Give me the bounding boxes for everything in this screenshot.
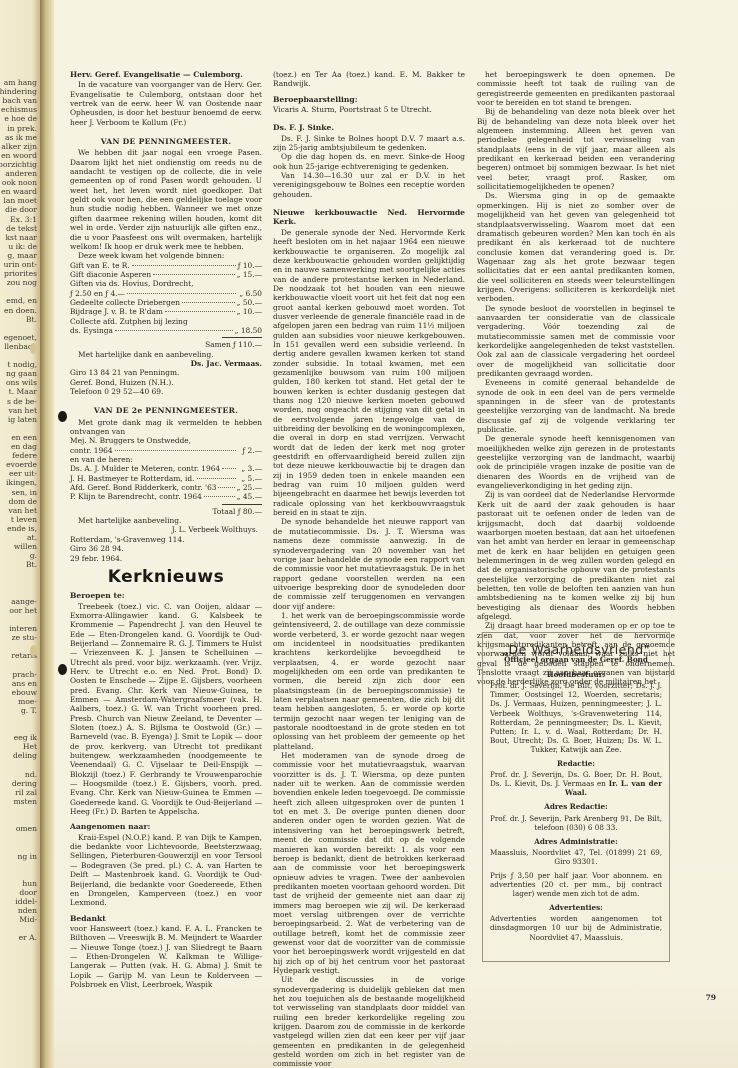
receipt-amount: „ 45.— <box>237 492 262 501</box>
leader-dots <box>153 274 235 275</box>
binding-gutter <box>40 0 54 1068</box>
leader-dots <box>182 302 235 303</box>
paragraph: Uit de discussies in de vorige synodever… <box>273 975 465 1068</box>
previous-page-text-fragment: lan moet <box>3 196 37 205</box>
previous-page-text-fragment: as ik me <box>5 133 37 142</box>
previous-page-text-fragment: e hoe de <box>4 114 37 123</box>
previous-page-text-fragment: kst naar <box>5 233 37 242</box>
receipt-amount: „ 3.— <box>238 464 262 473</box>
previous-page-text-fragment: interen <box>9 624 37 633</box>
previous-page-text-fragment: Mid- <box>19 915 37 924</box>
previous-page-text-fragment: eer uit- <box>9 469 37 478</box>
heading-beroepen: Beroepen te: <box>70 591 262 600</box>
receipt-row: Collecte afd. Zutphen bij lezing <box>70 317 262 326</box>
beroepen-text: Treebeek (toez.) vic. C. van Ooijen, ald… <box>70 602 262 817</box>
receipt-row: Gift van E. te R.ƒ 10.— <box>70 261 262 270</box>
previous-page-text-fragment: nd. <box>25 770 37 779</box>
receipt-label: ds. Eysinga <box>70 326 113 335</box>
leader-dots <box>115 450 236 451</box>
article-kerkbouwactie: De generale synode der Ned. Hervormde Ke… <box>273 228 465 1068</box>
receipt-amount: ƒ 10.— <box>238 261 262 270</box>
leader-dots <box>218 487 234 488</box>
previous-page-text-fragment: s de be- <box>7 397 37 406</box>
receipt-row: en van de heren: <box>70 455 262 464</box>
receipt-amount: „ 25.— <box>237 483 262 492</box>
masthead-title: „De Waarheidsvriend" <box>490 645 662 654</box>
previous-page-text-fragment: t. Maar <box>9 387 37 396</box>
previous-page-text-fragment: ze stu- <box>12 633 37 642</box>
previous-page-text-fragment: u ik: de <box>8 242 37 251</box>
previous-page-text-fragment: ebouw <box>12 688 37 697</box>
previous-page-text-fragment: federe <box>12 451 37 460</box>
heading-aangenomen: Aangenomen naar: <box>70 822 262 831</box>
previous-page-text-fragment: eeg ik <box>14 733 37 742</box>
article-evangelisatie: In de vacature van voorganger van de Her… <box>70 80 262 127</box>
previous-page-text-fragment: hindering <box>0 87 37 96</box>
receipt-label: Gedeelte collecte Driebergen <box>70 298 180 307</box>
paragraph: het beroepingswerk te doen opnemen. De c… <box>477 70 675 107</box>
receipt-amount: „ 15.— <box>237 270 262 279</box>
heading-adres-redactie: Adres Redactie: <box>490 802 662 811</box>
previous-page-text-fragment: anderen <box>5 169 37 178</box>
sum-rule <box>222 504 262 505</box>
previous-page-text-fragment: dom de <box>9 497 37 506</box>
previous-page-text-fragment: g, maar <box>7 251 37 260</box>
previous-page-text-fragment: ons wils <box>6 378 37 387</box>
bedankt-text: voor Hansweert (toez.) kand. F. A. L. Fr… <box>70 924 262 989</box>
receipt-label: en van de heren: <box>70 455 133 464</box>
receipt-row: J. H. Bastmeyer te Rotterdam, id.„ 5.— <box>70 474 262 483</box>
contact-line: Giro 13 84 21 van Penningm. <box>70 368 262 377</box>
paragraph: Van 14.30—16.30 uur zal er D.V. in het v… <box>273 171 465 199</box>
previous-page-text-fragment: at. <box>27 533 37 542</box>
previous-page-text-fragment: willen <box>14 542 37 551</box>
receipt-label: J. H. Bastmeyer te Rotterdam, id. <box>70 474 195 483</box>
previous-page-text-fragment: ans en <box>12 679 37 688</box>
receipt-row: Ds. A. J. Mulder te Meteren, contr. 1964… <box>70 464 262 473</box>
heading-adres-administratie: Adres Administratie: <box>490 837 662 846</box>
heading-hoofdbestuur: Hoofdbestuur: <box>490 670 662 679</box>
heading-advertenties: Advertenties: <box>490 903 662 912</box>
section-title-kerknieuws: Kerknieuws <box>70 573 262 582</box>
previous-page-text-fragment: ng in <box>18 852 38 861</box>
signature: Ds. Jac. Vermaas. <box>70 359 262 368</box>
receipts-list: Gift van E. te R.ƒ 10.—Gift diaconie Asp… <box>70 261 262 336</box>
previous-page-text-fragment: en doen. <box>4 306 37 315</box>
paragraph: De generale synode der Ned. Hervormde Ke… <box>273 228 465 518</box>
heading-beroepbaarstelling: Beroepbaarstelling: <box>273 95 465 104</box>
beroepbaar-text: Vicaris A. Sturm, Poortstraat 5 te Utrec… <box>273 105 465 114</box>
previous-page-text-fragment: van het <box>8 506 37 515</box>
previous-page-text-fragment: aange- <box>11 597 37 606</box>
heading-bedankt: Bedankt <box>70 914 262 923</box>
receipt-label: Giften via ds. Hovius, Dordrecht, <box>70 279 193 288</box>
paragraph: Het moderamen van de synode droeg de com… <box>273 751 465 975</box>
column-1: Herv. Geref. Evangelisatie — Culemborg. … <box>70 70 262 989</box>
contact-line: Rotterdam, 's-Gravenweg 114. <box>70 535 262 544</box>
previous-page-text-fragment: ng gaan <box>6 369 37 378</box>
previous-page-text-fragment: prach- <box>12 670 37 679</box>
previous-page-text-fragment: Ex. 3:1 <box>10 215 37 224</box>
previous-page-text-fragment: sen, in <box>12 488 37 497</box>
previous-page-text-fragment: ril zal <box>15 788 37 797</box>
receipts-intro: Deze week kwam het volgende binnen: <box>70 251 262 260</box>
heading-penningmeester-2: VAN DE 2e PENNINGMEESTER. <box>70 406 262 415</box>
heading-penningmeester: VAN DE PENNINGMEESTER. <box>70 137 262 146</box>
receipt-amount: „ 50.— <box>237 298 262 307</box>
receipt-amount: ƒ 2.— <box>238 446 262 455</box>
previous-page-text-fragment: ikingen, <box>6 478 37 487</box>
contact-line: Giro 36 28 94. <box>70 544 262 553</box>
receipt-label: Gift van E. te R. <box>70 261 130 270</box>
paragraph: Op die dag hopen ds. en mevr. Sinke-de H… <box>273 152 465 171</box>
leader-dots <box>222 468 236 469</box>
receipt-label: contr. 1964 <box>70 446 113 455</box>
previous-page-text-fragment: dering <box>12 779 37 788</box>
receipt-label: Ds. A. J. Mulder te Meteren, contr. 1964 <box>70 464 220 473</box>
previous-page-text-fragment: am hang <box>4 78 37 87</box>
receipt-label: P. Klijn te Barendrecht, contr. 1964 <box>70 492 202 501</box>
paragraph: De generale synode heeft kennisgenomen v… <box>477 434 675 490</box>
redactie-text: Prof. dr. J. Severijn, Ds. G. Boer, Dr. … <box>490 770 662 797</box>
receipts-total: Samen ƒ 110.— <box>70 340 262 349</box>
leader-dots <box>115 330 233 331</box>
receipt-amount: „ 18.50 <box>235 326 262 335</box>
heading-redactie: Redactie: <box>490 759 662 768</box>
adres-redactie-text: Prof. dr. J. Severijn, Park Arenberg 91,… <box>490 814 662 832</box>
heading-sinke: Ds. F. J. Sinke. <box>273 123 465 132</box>
previous-page-text-fragment: Bt. <box>26 315 37 324</box>
previous-page-text-fragment: msten <box>13 797 37 806</box>
column-2: (toez.) en Ter Aa (toez.) kand. E. M. Ba… <box>273 70 465 1068</box>
receipt-label: Bijdrage J. v. B. te R'dam <box>70 307 163 316</box>
previous-page-text-fragment: en woord <box>1 151 37 160</box>
paragraph: De synode besloot de voorstellen in begi… <box>477 304 675 379</box>
advertenties-text: Advertenties worden aangenomen tot dinsd… <box>490 914 662 941</box>
previous-page-text-fragment: nden <box>18 906 37 915</box>
previous-page-text-fragment: iddel- <box>15 897 37 906</box>
masthead-box: „De Waarheidsvriend" Officieel orgaan va… <box>482 632 670 962</box>
receipt-amount: „ 6.50 <box>238 289 262 298</box>
previous-page-text-fragment: g. <box>30 551 37 560</box>
receipt-label: Collecte afd. Zutphen bij lezing <box>70 317 188 326</box>
previous-page-text-fragment: van het <box>8 406 37 415</box>
receipt-row: Gedeelte collecte Driebergen„ 50.— <box>70 298 262 307</box>
contact-line: Geref. Bond, Huizen (N.H.). <box>70 378 262 387</box>
previous-page-text-fragment: urin ont- <box>4 260 37 269</box>
previous-page-text-fragment: ig laten <box>8 415 37 424</box>
previous-page-text-fragment: t leven <box>11 515 37 524</box>
previous-page-text-fragment: priorites <box>4 269 37 278</box>
previous-page-text-fragment: oorzichtig <box>0 160 37 169</box>
previous-page-text-fragment: door <box>19 888 37 897</box>
previous-page-text-fragment: en dag <box>11 442 37 451</box>
receipt-row: contr. 1964ƒ 2.— <box>70 446 262 455</box>
sum-rule <box>222 337 262 338</box>
paragraph: De synode behandelde het nieuwe rapport … <box>273 517 465 610</box>
article-penningmeester-2: Met grote dank mag ik vermelden te hebbe… <box>70 418 262 437</box>
continued-text: (toez.) en Ter Aa (toez.) kand. E. M. Ba… <box>273 70 465 89</box>
aangenomen-text: Kraii-Espel (N.O.P.) kand. P. van Dijk t… <box>70 833 262 908</box>
receipt-label: Mej. N. Bruggers te Onstwedde, <box>70 436 191 445</box>
previous-page-text-fragment: Het <box>23 742 37 751</box>
previous-page-text-fragment: zou nog <box>7 278 37 287</box>
previous-page-text-fragment: egenoet, <box>4 333 37 342</box>
previous-page-text-fragment: Bt. <box>26 560 37 569</box>
previous-page-text-fragment: omen <box>16 824 37 833</box>
previous-page-text-fragment: die door <box>5 205 37 214</box>
previous-page-text-fragment: er A. <box>19 933 37 942</box>
prijs-text: Prijs ƒ 3,50 per half jaar. Voor abonnem… <box>490 871 662 898</box>
previous-page-text-fragment: echismus <box>1 105 37 114</box>
paragraph: Bij de behandeling van deze nota bleek o… <box>477 107 675 191</box>
leader-dots <box>132 265 236 266</box>
receipt-row: ds. Eysinga„ 18.50 <box>70 326 262 335</box>
paragraph: Zij is van oordeel dat de Nederlandse He… <box>477 490 675 621</box>
receipt-amount: „ 10.— <box>237 307 262 316</box>
previous-page-text-fragment: bach van <box>2 96 37 105</box>
heading-evangelisatie: Herv. Geref. Evangelisatie — Culemborg. <box>70 70 262 79</box>
previous-page-text-fragment: oor het <box>9 606 37 615</box>
column-3: het beroepingswerk te doen opnemen. De c… <box>477 70 675 687</box>
paragraph: 1. het werk van de beroepingscommissie w… <box>273 611 465 751</box>
paragraph: Ds. Wiersma ging in op de gemaakte opmer… <box>477 191 675 303</box>
contact-lines: Giro 13 84 21 van Penningm. Geref. Bond,… <box>70 368 262 396</box>
receipts-list-2: Mej. N. Bruggers te Onstwedde, contr. 19… <box>70 436 262 501</box>
previous-page-text-fragment: t nodig, <box>8 360 38 369</box>
previous-page-text-fragment: ende is, <box>7 524 37 533</box>
contact-line: 29 febr. 1964. <box>70 554 262 563</box>
adres-administratie-text: Maassluis, Noordvliet 47, Tel. (01899) 2… <box>490 848 662 866</box>
previous-page-text-fragment: alker zijn <box>1 142 37 151</box>
previous-page-text-fragment: de tekst <box>6 224 37 233</box>
thanks-line: Met hartelijke dank en aanbeveling. <box>70 350 262 359</box>
receipt-row: Bijdrage J. v. B. te R'dam„ 10.— <box>70 307 262 316</box>
receipt-label: Afd. Geref. Bond Ridderkerk, contr. '63 <box>70 483 216 492</box>
receipt-label: Gift diaconie Asperen <box>70 270 151 279</box>
previous-page-text-fragment: ook noon <box>2 178 37 187</box>
previous-page-text-fragment: en een <box>11 433 37 442</box>
leader-dots <box>127 293 236 294</box>
previous-page-text-fragment: g. T. <box>21 706 37 715</box>
previous-page-text-fragment: hun <box>22 879 37 888</box>
leader-dots <box>197 478 237 479</box>
paragraph: Eveneens in comité generaal behandelde d… <box>477 378 675 434</box>
previous-page-text-fragment: moe- <box>18 697 37 706</box>
thanks-line-2: Met hartelijke aanbeveling. <box>70 516 262 525</box>
receipt-row: Mej. N. Bruggers te Onstwedde, <box>70 436 262 445</box>
hoofdbestuur-text: Prof. dr. J. Severijn, De Bilt, voorzitt… <box>490 681 662 754</box>
previous-page-edge: am hanghinderingbach vanechismuse hoe de… <box>0 0 40 1068</box>
masthead-subtitle: Officieel orgaan van de Geref. Bond <box>490 655 662 664</box>
heading-kerkbouwactie: Nieuwe kerkbouwactie Ned. Hervormde Kerk… <box>273 208 465 227</box>
contact-line: Telefoon 0 29 52—40 69. <box>70 387 262 396</box>
receipt-row: Gift diaconie Asperen„ 15.— <box>70 270 262 279</box>
receipt-row: ƒ 2.50 en ƒ 4.—„ 6.50 <box>70 289 262 298</box>
receipt-row: P. Klijn te Barendrecht, contr. 1964„ 45… <box>70 492 262 501</box>
previous-page-text-fragment: emd, en <box>6 296 37 305</box>
leader-dots <box>165 311 235 312</box>
punch-hole <box>58 411 67 422</box>
page-number: 79 <box>706 993 716 1002</box>
previous-page-text-fragment: deling <box>13 751 37 760</box>
previous-page-text-fragment: en waard <box>1 187 37 196</box>
receipt-amount: „ 5.— <box>238 474 262 483</box>
previous-page-text-fragment: evoerde <box>6 460 37 469</box>
receipt-row: Giften via ds. Hovius, Dordrecht, <box>70 279 262 288</box>
paragraph: Ds. F. J. Sinke te Bolnes hoopt D.V. 7 m… <box>273 134 465 153</box>
punch-hole <box>30 343 37 354</box>
receipt-row: Afd. Geref. Bond Ridderkerk, contr. '63„… <box>70 483 262 492</box>
article-penningmeester: We hebben dit jaar nogal een vroege Pase… <box>70 148 262 251</box>
receipts-total-2: Totaal ƒ 80.— <box>70 507 262 516</box>
contact-lines-2: Rotterdam, 's-Gravenweg 114. Giro 36 28 … <box>70 535 262 563</box>
punch-hole <box>30 645 37 656</box>
punch-hole <box>58 664 67 675</box>
article-sinke: Ds. F. J. Sinke te Bolnes hoopt D.V. 7 m… <box>273 134 465 199</box>
leader-dots <box>204 496 235 497</box>
signature-2: J. L. Verbeek Wolthuys. <box>70 525 262 534</box>
receipt-label: ƒ 2.50 en ƒ 4.— <box>70 289 125 298</box>
previous-page-text-fragment: in prek. <box>7 124 37 133</box>
article-continuation: het beroepingswerk te doen opnemen. De c… <box>477 70 675 687</box>
